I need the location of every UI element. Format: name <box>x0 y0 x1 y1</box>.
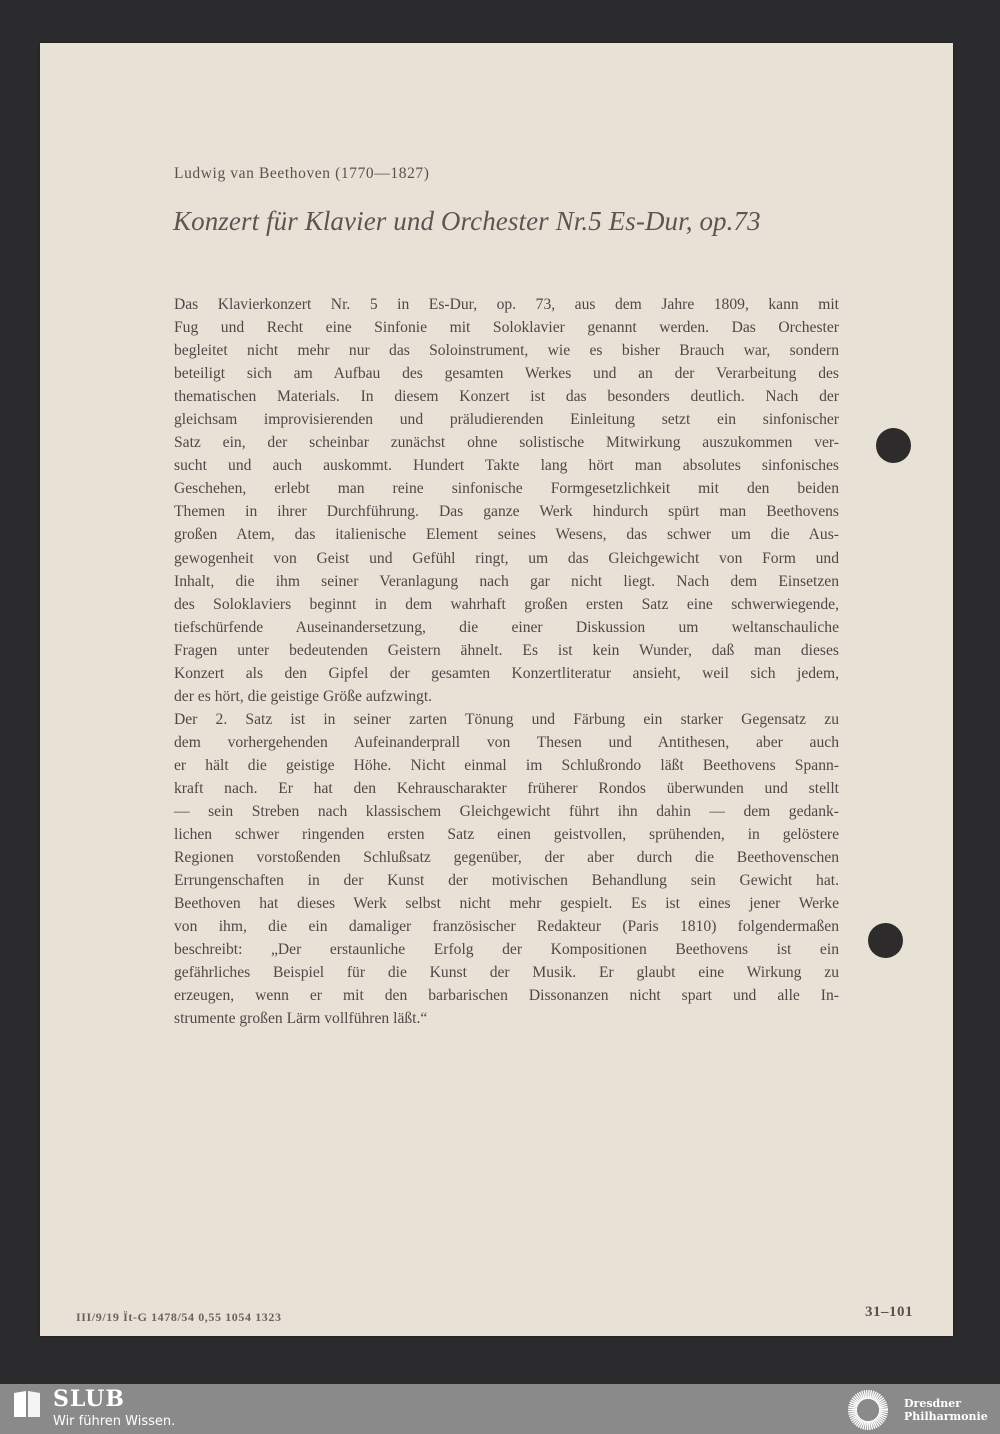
dresdner-philharmonie-brand[interactable]: Dresdner Philharmonie <box>904 1397 988 1423</box>
brand-line-1: Dresdner <box>904 1397 988 1410</box>
text-line: Fug und Recht eine Sinfonie mit Soloklav… <box>174 316 839 339</box>
text-line: tiefschürfende Auseinandersetzung, die e… <box>174 616 839 639</box>
brand-line-2: Philharmonie <box>904 1410 988 1423</box>
text-line: gleichsam improvisierenden und präludier… <box>174 408 839 431</box>
text-line: Geschehen, erlebt man reine sinfonische … <box>174 477 839 500</box>
sunburst-ring-icon[interactable] <box>842 1388 894 1432</box>
text-line: Fragen unter bedeutenden Geistern ähnelt… <box>174 639 839 662</box>
text-line: Errungenschaften in der Kunst der motivi… <box>174 869 839 892</box>
text-line: Beethoven hat dieses Werk selbst nicht m… <box>174 892 839 915</box>
text-line: er hält die geistige Höhe. Nicht einmal … <box>174 754 839 777</box>
text-line: dem vorhergehenden Aufeinanderprall von … <box>174 731 839 754</box>
text-line: des Soloklaviers beginnt in dem wahrhaft… <box>174 593 839 616</box>
text-line: Inhalt, die ihm seiner Veranlagung nach … <box>174 570 839 593</box>
text-line: gefährliches Beispiel für die Kunst der … <box>174 961 839 984</box>
text-line: sucht und auch auskommt. Hundert Takte l… <box>174 454 839 477</box>
punch-hole <box>868 923 903 958</box>
text-line: lichen schwer ringenden ersten Satz eine… <box>174 823 839 846</box>
print-code: III/9/19 Ït-G 1478/54 0,55 1054 1323 <box>76 1310 282 1325</box>
text-line: von ihm, die ein damaliger französischer… <box>174 915 839 938</box>
text-line: strumente großen Lärm vollführen läßt.“ <box>174 1007 839 1030</box>
text-line: Satz ein, der scheinbar zunächst ohne so… <box>174 431 839 454</box>
book-icon[interactable] <box>12 1389 42 1419</box>
author-line: Ludwig van Beethoven (1770—1827) <box>174 165 430 183</box>
text-line: beschreibt: „Der erstaunliche Erfolg der… <box>174 938 839 961</box>
punch-hole <box>876 428 911 463</box>
text-line: großen Atem, das italienische Element se… <box>174 523 839 546</box>
page-title: Konzert für Klavier und Orchester Nr.5 E… <box>173 206 761 237</box>
text-line: Regionen vorstoßenden Schlußsatz gegenüb… <box>174 846 839 869</box>
text-line: thematischen Materials. In diesem Konzer… <box>174 385 839 408</box>
text-line: begleitet nicht mehr nur das Soloinstrum… <box>174 339 839 362</box>
text-line: der es hört, die geistige Größe aufzwing… <box>174 685 839 708</box>
text-line: beteiligt sich am Aufbau des gesamten We… <box>174 362 839 385</box>
text-line: Themen in ihrer Durchführung. Das ganze … <box>174 500 839 523</box>
footer-bar: SLUB Wir führen Wissen. Dresdner Philhar… <box>0 1384 1000 1434</box>
text-line: gewogenheit von Geist und Gefühl ringt, … <box>174 547 839 570</box>
page-number: 31–101 <box>865 1304 913 1321</box>
text-line: Das Klavierkonzert Nr. 5 in Es-Dur, op. … <box>174 293 839 316</box>
document-page: Ludwig van Beethoven (1770—1827) Konzert… <box>40 43 953 1336</box>
text-line: Der 2. Satz ist in seiner zarten Tönung … <box>174 708 839 731</box>
text-line: kraft nach. Er hat den Kehrauscharakter … <box>174 777 839 800</box>
text-line: — sein Streben nach klassischem Gleichge… <box>174 800 839 823</box>
body-text: Das Klavierkonzert Nr. 5 in Es-Dur, op. … <box>174 293 839 1031</box>
text-line: erzeugen, wenn er mit den barbarischen D… <box>174 984 839 1007</box>
slub-tagline: Wir führen Wissen. <box>53 1414 175 1429</box>
text-line: Konzert als den Gipfel der gesamten Konz… <box>174 662 839 685</box>
slub-brand-name[interactable]: SLUB <box>53 1386 125 1412</box>
